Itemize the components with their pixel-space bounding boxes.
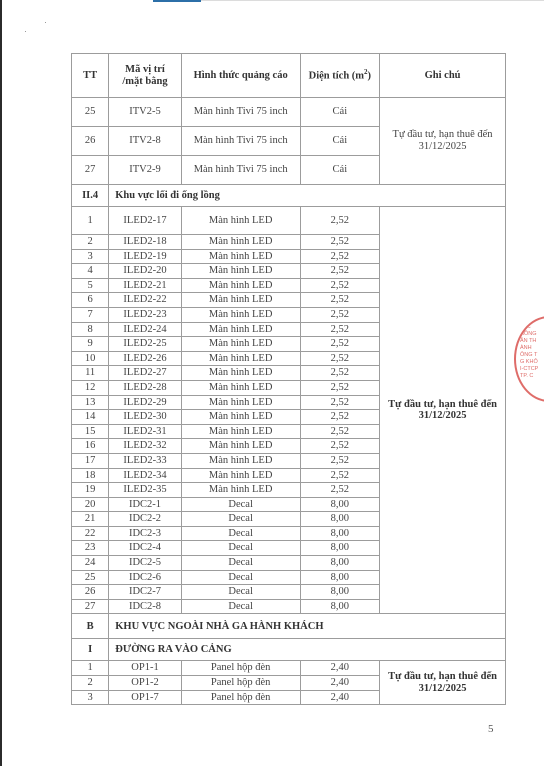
cell-hinh-thuc: Màn hình LED [181,410,300,425]
cell-tt: 17 [72,453,109,468]
cell-dien-tich: 2,52 [300,366,380,381]
note-cell: Tự đầu tư, hạn thuê đến31/12/2025 [380,98,506,185]
section-row-ii4: II.4Khu vực lối đi ống lồng [72,185,506,207]
cell-hinh-thuc: Decal [181,556,300,571]
cell-dien-tich: 8,00 [300,556,380,571]
cell-tt: 6 [72,293,109,308]
cell-dien-tich: Cái [300,127,380,156]
red-seal-stamp: IS.CHÔNGẦN THÀNHÔNG TG KHÔI-CTCPTP. C [514,316,544,402]
cell-ma-vi-tri: ILED2-20 [109,264,182,279]
cell-dien-tich: 8,00 [300,570,380,585]
advertising-locations-table: TT Mã vị trí /mặt bằng Hình thức quảng c… [71,53,506,705]
cell-tt: 15 [72,424,109,439]
cell-tt: 2 [72,676,109,691]
cell-ma-vi-tri: IDC2-7 [109,585,182,600]
cell-hinh-thuc: Decal [181,497,300,512]
cell-dien-tich: 2,40 [300,690,380,705]
cell-tt: 24 [72,556,109,571]
cell-dien-tich: 2,52 [300,395,380,410]
cell-dien-tich: 8,00 [300,541,380,556]
cell-tt: 14 [72,410,109,425]
cell-dien-tich: Cái [300,156,380,185]
header-ma-vi-tri-line2: /mặt bằng [122,76,167,87]
cell-hinh-thuc: Màn hình LED [181,264,300,279]
cell-ma-vi-tri: ITV2-5 [109,98,182,127]
stamp-text: ÀNH [520,345,544,352]
header-dien-tich-text: Diện tích (m [309,70,364,81]
cell-dien-tich: 2,52 [300,235,380,250]
cell-hinh-thuc: Màn hình LED [181,351,300,366]
cell-tt: 8 [72,322,109,337]
cell-hinh-thuc: Màn hình Tivi 75 inch [181,127,300,156]
cell-dien-tich: 2,52 [300,468,380,483]
cell-hinh-thuc: Màn hình LED [181,424,300,439]
cell-tt: 23 [72,541,109,556]
section-code: B [72,614,109,639]
cell-hinh-thuc: Màn hình LED [181,483,300,498]
cell-ma-vi-tri: ILED2-25 [109,337,182,352]
cell-tt: 12 [72,380,109,395]
cell-ma-vi-tri: ILED2-24 [109,322,182,337]
note-cell: Tự đầu tư, hạn thuê đến31/12/2025 [380,661,506,705]
cell-dien-tich: Cái [300,98,380,127]
section-row-b: BKHU VỰC NGOÀI NHÀ GA HÀNH KHÁCH [72,614,506,639]
note-line2: 31/12/2025 [419,410,467,421]
cell-hinh-thuc: Panel hộp đèn [181,690,300,705]
cell-tt: 27 [72,156,109,185]
cell-ma-vi-tri: IDC2-4 [109,541,182,556]
cell-ma-vi-tri: ITV2-9 [109,156,182,185]
cell-ma-vi-tri: ILED2-30 [109,410,182,425]
cell-hinh-thuc: Màn hình LED [181,307,300,322]
cell-ma-vi-tri: ILED2-28 [109,380,182,395]
cell-ma-vi-tri: OP1-1 [109,661,182,676]
cell-tt: 10 [72,351,109,366]
cell-ma-vi-tri: IDC2-6 [109,570,182,585]
section-title: KHU VỰC NGOÀI NHÀ GA HÀNH KHÁCH [109,614,506,639]
cell-dien-tich: 2,40 [300,676,380,691]
cell-dien-tich: 2,52 [300,249,380,264]
viewer-top-highlight [153,0,201,2]
section-title: Khu vực lối đi ống lồng [109,185,506,207]
cell-ma-vi-tri: ILED2-29 [109,395,182,410]
cell-tt: 20 [72,497,109,512]
cell-ma-vi-tri: IDC2-5 [109,556,182,571]
cell-hinh-thuc: Màn hình LED [181,322,300,337]
cell-dien-tich: 2,52 [300,264,380,279]
cell-hinh-thuc: Màn hình LED [181,439,300,454]
cell-hinh-thuc: Màn hình LED [181,395,300,410]
cell-hinh-thuc: Màn hình LED [181,380,300,395]
cell-tt: 25 [72,98,109,127]
cell-tt: 4 [72,264,109,279]
cell-tt: 3 [72,249,109,264]
stamp-text: IS.C [520,324,544,331]
cell-dien-tich: 2,52 [300,380,380,395]
cell-dien-tich: 8,00 [300,526,380,541]
cell-ma-vi-tri: IDC2-2 [109,512,182,527]
viewer-top-border [201,0,544,1]
cell-hinh-thuc: Màn hình LED [181,278,300,293]
stamp-text: ẦN TH [520,338,544,345]
cell-ma-vi-tri: ILED2-21 [109,278,182,293]
cell-ma-vi-tri: ILED2-23 [109,307,182,322]
cell-ma-vi-tri: OP1-7 [109,690,182,705]
section-code: II.4 [72,185,109,207]
table-row: 1ILED2-17Màn hình LED2,52Tự đầu tư, hạn … [72,207,506,235]
cell-tt: 11 [72,366,109,381]
cell-hinh-thuc: Màn hình LED [181,366,300,381]
stamp-text: G KHÔ [520,359,544,366]
cell-ma-vi-tri: ILED2-32 [109,439,182,454]
cell-tt: 2 [72,235,109,250]
cell-tt: 1 [72,207,109,235]
scan-left-edge [0,0,2,766]
cell-dien-tich: 2,52 [300,322,380,337]
cell-dien-tich: 2,52 [300,293,380,308]
cell-hinh-thuc: Decal [181,585,300,600]
cell-tt: 21 [72,512,109,527]
cell-ma-vi-tri: ILED2-35 [109,483,182,498]
header-ma-vi-tri: Mã vị trí /mặt bằng [109,54,182,98]
cell-dien-tich: 2,52 [300,410,380,425]
header-ghi-chu: Ghi chú [380,54,506,98]
note-line1: Tự đầu tư, hạn thuê đến [388,399,497,410]
cell-tt: 27 [72,599,109,614]
cell-hinh-thuc: Màn hình Tivi 75 inch [181,156,300,185]
cell-hinh-thuc: Màn hình LED [181,453,300,468]
cell-hinh-thuc: Màn hình LED [181,337,300,352]
cell-hinh-thuc: Màn hình Tivi 75 inch [181,98,300,127]
cell-tt: 22 [72,526,109,541]
cell-ma-vi-tri: ITV2-8 [109,127,182,156]
cell-ma-vi-tri: ILED2-18 [109,235,182,250]
cell-dien-tich: 2,52 [300,207,380,235]
cell-hinh-thuc: Màn hình LED [181,249,300,264]
cell-ma-vi-tri: IDC2-8 [109,599,182,614]
cell-ma-vi-tri: IDC2-3 [109,526,182,541]
scan-speck [45,22,46,23]
cell-tt: 3 [72,690,109,705]
table-row: 1OP1-1Panel hộp đèn2,40Tự đầu tư, hạn th… [72,661,506,676]
cell-dien-tich: 2,52 [300,483,380,498]
note-line2: 31/12/2025 [419,683,467,694]
cell-hinh-thuc: Panel hộp đèn [181,676,300,691]
header-dien-tich-close: ) [368,70,372,81]
section-code: I [72,639,109,661]
cell-tt: 9 [72,337,109,352]
cell-hinh-thuc: Decal [181,570,300,585]
cell-hinh-thuc: Màn hình LED [181,468,300,483]
cell-ma-vi-tri: IDC2-1 [109,497,182,512]
cell-dien-tich: 2,52 [300,307,380,322]
cell-tt: 7 [72,307,109,322]
cell-dien-tich: 8,00 [300,512,380,527]
cell-hinh-thuc: Decal [181,526,300,541]
cell-dien-tich: 2,52 [300,453,380,468]
cell-dien-tich: 2,52 [300,439,380,454]
cell-ma-vi-tri: ILED2-22 [109,293,182,308]
cell-hinh-thuc: Decal [181,541,300,556]
cell-dien-tich: 2,40 [300,661,380,676]
note-line2: 31/12/2025 [419,141,467,152]
cell-tt: 26 [72,585,109,600]
header-ma-vi-tri-line1: Mã vị trí [125,64,165,75]
cell-dien-tich: 2,52 [300,278,380,293]
cell-tt: 26 [72,127,109,156]
cell-hinh-thuc: Decal [181,599,300,614]
note-line1: Tự đầu tư, hạn thuê đến [393,129,493,140]
cell-dien-tich: 8,00 [300,585,380,600]
cell-ma-vi-tri: ILED2-19 [109,249,182,264]
cell-ma-vi-tri: ILED2-27 [109,366,182,381]
cell-dien-tich: 8,00 [300,599,380,614]
cell-tt: 13 [72,395,109,410]
header-tt: TT [72,54,109,98]
cell-tt: 25 [72,570,109,585]
cell-dien-tich: 2,52 [300,351,380,366]
cell-dien-tich: 8,00 [300,497,380,512]
cell-dien-tich: 2,52 [300,337,380,352]
cell-tt: 16 [72,439,109,454]
cell-hinh-thuc: Màn hình LED [181,235,300,250]
header-hinh-thuc: Hình thức quảng cáo [181,54,300,98]
stamp-text: TP. C [520,373,544,380]
cell-tt: 18 [72,468,109,483]
section-row-i: IĐƯỜNG RA VÀO CẢNG [72,639,506,661]
cell-ma-vi-tri: OP1-2 [109,676,182,691]
cell-hinh-thuc: Màn hình LED [181,207,300,235]
stamp-text: ÔNG T [520,352,544,359]
page-number: 5 [488,723,494,735]
cell-dien-tich: 2,52 [300,424,380,439]
cell-ma-vi-tri: ILED2-17 [109,207,182,235]
table-row: 25ITV2-5Màn hình Tivi 75 inchCáiTự đầu t… [72,98,506,127]
stamp-text: I-CTCP [520,366,544,373]
note-cell: Tự đầu tư, hạn thuê đến31/12/2025 [380,207,506,614]
cell-tt: 5 [72,278,109,293]
cell-tt: 19 [72,483,109,498]
stamp-text: HÔNG [520,331,544,338]
cell-ma-vi-tri: ILED2-26 [109,351,182,366]
note-line1: Tự đầu tư, hạn thuê đến [388,671,497,682]
cell-ma-vi-tri: ILED2-33 [109,453,182,468]
cell-tt: 1 [72,661,109,676]
header-dien-tich: Diện tích (m2) [300,54,380,98]
cell-hinh-thuc: Panel hộp đèn [181,661,300,676]
cell-ma-vi-tri: ILED2-31 [109,424,182,439]
scan-speck [25,31,26,32]
table-header-row: TT Mã vị trí /mặt bằng Hình thức quảng c… [72,54,506,98]
section-title: ĐƯỜNG RA VÀO CẢNG [109,639,506,661]
cell-hinh-thuc: Màn hình LED [181,293,300,308]
cell-hinh-thuc: Decal [181,512,300,527]
cell-ma-vi-tri: ILED2-34 [109,468,182,483]
